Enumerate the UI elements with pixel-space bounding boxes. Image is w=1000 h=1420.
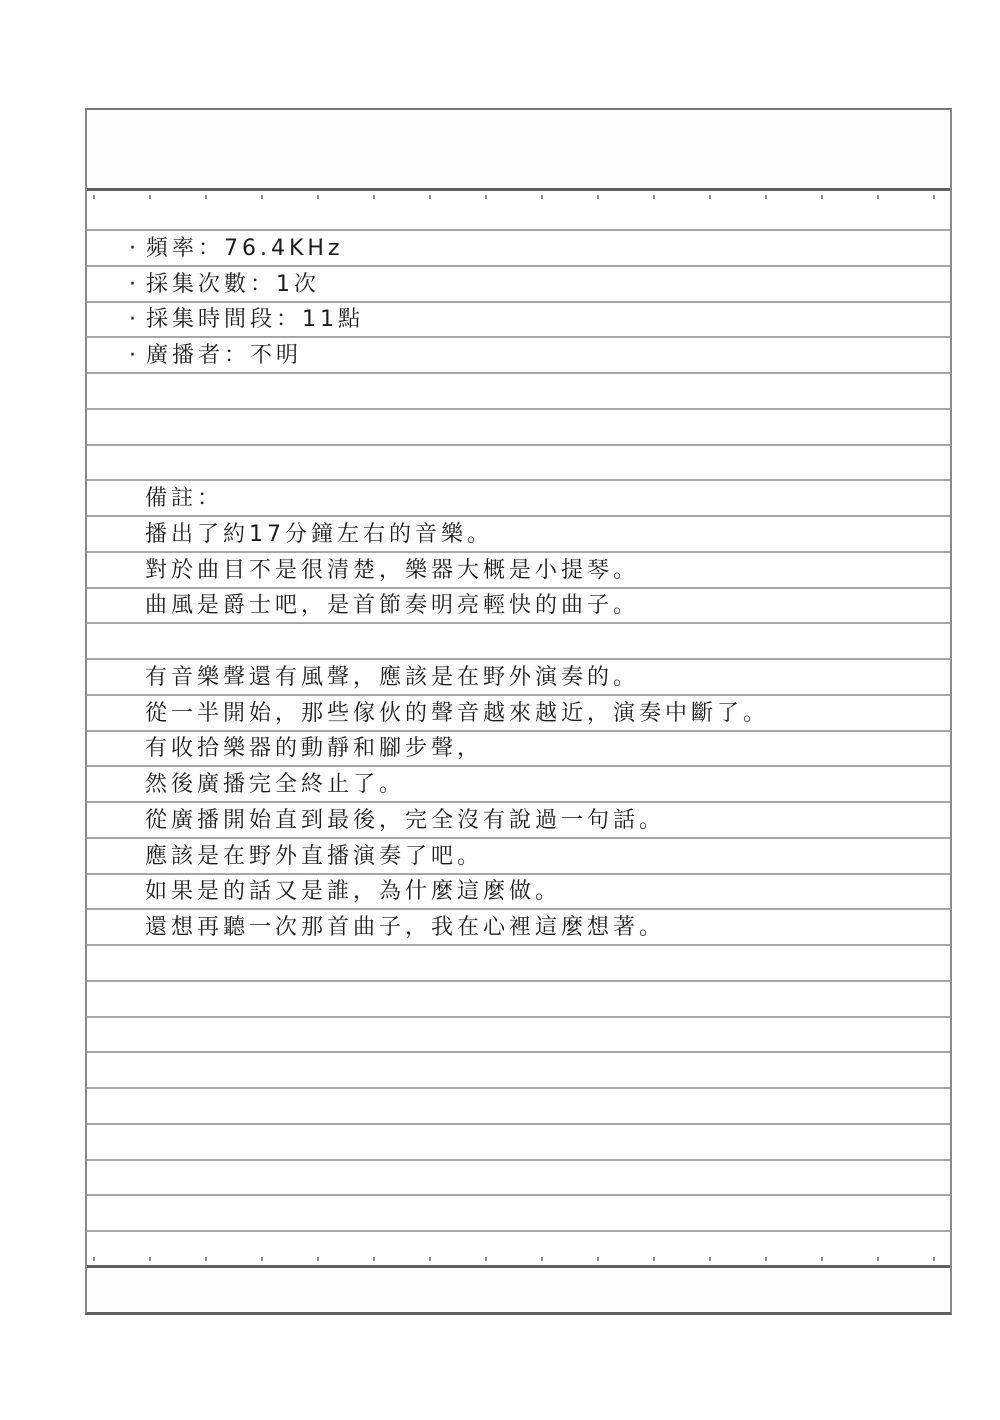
note-row: 有收拾樂器的動靜和腳步聲， [87, 732, 950, 768]
note-row: 從一半開始，那些傢伙的聲音越來越近，演奏中斷了。 [87, 696, 950, 732]
row-text: 播出了約17分鐘左右的音樂。 [145, 522, 493, 548]
note-row: 播出了約17分鐘左右的音樂。 [87, 517, 950, 553]
ruled-line-empty [87, 982, 950, 1018]
ruled-line-empty [87, 1196, 950, 1232]
bullet-dot-icon: · [129, 236, 136, 262]
ruled-line-empty [87, 1053, 950, 1089]
info-row: ·採集次數：1次 [87, 267, 950, 303]
ruler-ticks-top-icon [93, 195, 944, 199]
row-text: 然後廣播完全終止了。 [145, 772, 405, 798]
ruler-row-bottom [87, 1232, 950, 1268]
ruled-rows: ·頻率：76.4KHz·採集次數：1次·採集時間段：11點·廣播者：不明備註：播… [87, 231, 950, 1232]
row-text: 採集時間段：11點 [146, 307, 364, 333]
ruled-line-empty [87, 1089, 950, 1125]
row-text: 有收拾樂器的動靜和腳步聲， [145, 736, 483, 762]
note-row: 應該是在野外直播演奏了吧。 [87, 839, 950, 875]
info-row: ·採集時間段：11點 [87, 303, 950, 339]
ruled-line-empty [87, 374, 950, 410]
ruled-line-empty [87, 1018, 950, 1054]
bullet-dot-icon: · [129, 272, 136, 298]
row-text: 備註： [145, 486, 223, 512]
note-row: 如果是的話又是誰，為什麼這麼做。 [87, 875, 950, 911]
row-text: 採集次數：1次 [146, 272, 320, 298]
note-row: 然後廣播完全終止了。 [87, 767, 950, 803]
ruled-line-empty [87, 446, 950, 482]
row-text: 從一半開始，那些傢伙的聲音越來越近，演奏中斷了。 [145, 701, 769, 727]
ruled-line-empty [87, 946, 950, 982]
info-row: ·頻率：76.4KHz [87, 231, 950, 267]
notebook-page: ·頻率：76.4KHz·採集次數：1次·採集時間段：11點·廣播者：不明備註：播… [85, 108, 952, 1315]
info-row: ·廣播者：不明 [87, 338, 950, 374]
scanned-note-sheet: ·頻率：76.4KHz·採集次數：1次·採集時間段：11點·廣播者：不明備註：播… [0, 0, 1000, 1420]
ruler-row-top [87, 191, 950, 231]
row-text: 有音樂聲還有風聲，應該是在野外演奏的。 [145, 665, 639, 691]
bullet-dot-icon: · [129, 307, 136, 333]
row-text: 應該是在野外直播演奏了吧。 [145, 844, 483, 870]
note-row: 從廣播開始直到最後，完全沒有說過一句話。 [87, 803, 950, 839]
ruler-ticks-bottom-icon [93, 1257, 944, 1261]
ruled-line-empty [87, 410, 950, 446]
page-header-box [87, 110, 950, 191]
page-footer-box [87, 1268, 950, 1312]
note-row: 曲風是爵士吧，是首節奏明亮輕快的曲子。 [87, 589, 950, 625]
ruled-line-empty [87, 1125, 950, 1161]
row-text: 曲風是爵士吧，是首節奏明亮輕快的曲子。 [145, 593, 639, 619]
bullet-dot-icon: · [129, 343, 136, 369]
row-text: 如果是的話又是誰，為什麼這麼做。 [145, 879, 561, 905]
row-text: 從廣播開始直到最後，完全沒有說過一句話。 [145, 808, 665, 834]
note-row: 對於曲目不是很清楚，樂器大概是小提琴。 [87, 553, 950, 589]
note-row: 有音樂聲還有風聲，應該是在野外演奏的。 [87, 660, 950, 696]
row-text: 還想再聽一次那首曲子，我在心裡這麼想著。 [145, 915, 665, 941]
note-row: 備註： [87, 481, 950, 517]
note-row: 還想再聽一次那首曲子，我在心裡這麼想著。 [87, 910, 950, 946]
row-text: 廣播者：不明 [146, 343, 302, 369]
ruled-line-empty [87, 1161, 950, 1197]
row-text: 對於曲目不是很清楚，樂器大概是小提琴。 [145, 558, 639, 584]
row-text: 頻率：76.4KHz [146, 236, 344, 262]
ruled-line-empty [87, 624, 950, 660]
